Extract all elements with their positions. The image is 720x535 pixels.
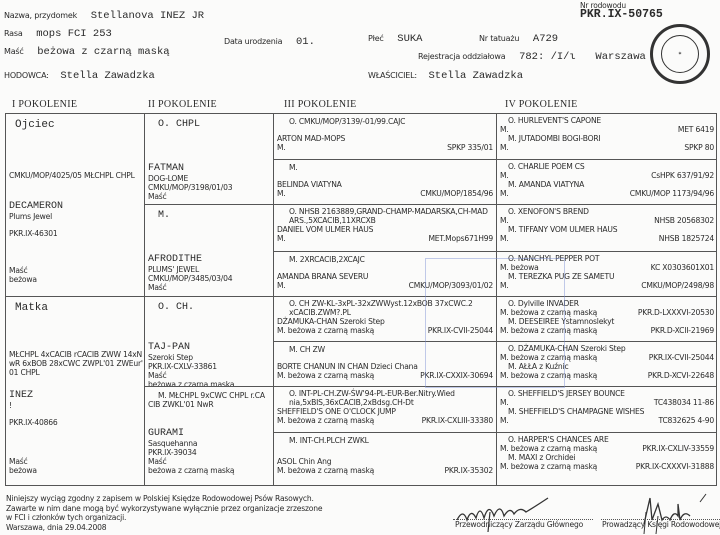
dam-titles: MŁCHPL 4xCACIB rCACIB ZWW 14xN wR 6xBOB … [9,350,143,377]
gen3-titles: O. CMKU/MOP/3139/-01/99.CAJC [277,117,493,126]
gen2-role: M. [158,210,270,221]
gen4-sire-reg: MET 6419 [678,125,714,134]
breed-label: Rasa [4,29,23,38]
registration-city: Warszawa [595,51,645,63]
gen2-color: beżowa z czarną maską [148,466,270,475]
registration-field: Rejestracja oddziałowa 782: /I/ι Warszaw… [418,44,646,63]
footer-statement: Niniejszy wyciąg zgodny z zapisem w Pols… [6,494,322,532]
gen2-kennel: Szeroki Step [148,353,270,362]
sire-cell: Ojciec CMKU/MOP/4025/05 MŁCHPL CHPL DECA… [6,114,144,296]
gen3-color: M. [277,189,286,198]
registration-value: 782: /I/ι [519,51,576,63]
owner-value: Stella Zawadzka [429,70,524,82]
gen2-color-label: Maść [148,192,270,201]
gen2-reg: PKR.IX-39034 [148,448,270,457]
gen4-sire-reg: NHSB 20568302 [654,216,714,225]
gen4-dam-color: M. [500,234,509,243]
gen4-dam-reg: CMKU/MOP/2498/98 [641,281,714,290]
gen4-sire-name: O. CHARLIE POEM CS [500,162,714,171]
gen2-role: M. MŁCHPL 9xCWC CHPL r.CA CIB ZWKL'01 Nw… [148,391,272,409]
gen3-cell: O. CMKU/MOP/3139/-01/99.CAJC ARTON MAD-M… [274,114,496,159]
gen2-reg: PKR.IX-CXLV-33861 [148,362,270,371]
generation-2-header: II POKOLENIE [148,99,217,110]
gen2-sire-dam-cell: M. AFRODITHE PLUMS' JEWEL CMKU/MOP/3485/… [145,205,273,296]
generation-1-header: I POKOLENIE [12,99,77,110]
name-label: Nazwa, przydomek [4,11,77,20]
sire-titles: CMKU/MOP/4025/05 MŁCHPL CHPL [9,171,141,180]
gen4-sire-reg: KC X0303601X01 [651,263,714,272]
tattoo-field: Nr tatuażu A729 [479,26,558,45]
gen2-kennel: DOG-LOME [148,174,270,183]
color-label: Maść [4,47,24,56]
gen3-name: SHEFFIELD'S ONE O'CLOCK JUMP [277,407,493,416]
gen4-cell: O. SHEFFIELD'S JERSEY BOUNCE M.TC438034 … [497,387,717,432]
pedigree-table: Ojciec CMKU/MOP/4025/05 MŁCHPL CHPL DECA… [5,113,717,486]
sex-label: Płeć [368,34,384,43]
gen4-sire-color: M. [500,398,509,407]
gen2-sire-sire-cell: O. CHPL FATMAN DOG-LOME CMKU/MOP/3198/01… [145,114,273,204]
gen2-color: beżowa z czarną maską [148,380,270,386]
gen4-sire-color: M. [500,171,509,180]
gen4-sire-name: O. HARPER'S CHANCES ARE [500,435,714,444]
gen3-cell: O. NHSB 2163889,GRAND-CHAMP-MADARSKA,CH-… [274,205,496,251]
gen4-dam-name: M. TIFFANY VOM ULMER HAUS [500,225,714,234]
gen4-sire-reg: PKR.IX-CXLIV-33559 [642,444,714,453]
gen4-dam-reg: PKR.IX-CXXXVI-31888 [636,462,714,471]
birth-date-label: Data urodzenia [224,37,282,46]
gen4-dam-reg: NHSB 1825724 [659,234,714,243]
gen4-dam-color: M. [500,143,509,152]
registration-label: Rejestracja oddziałowa [418,52,505,61]
gen2-color-label: Maść [148,371,270,380]
stamp-inner-icon: ✶ [661,35,699,73]
official-stamp-icon: ✶ [650,24,710,84]
gen4-dam-reg: PKR.D-XCII-21969 [651,326,714,335]
gen4-sire-name: O. XENOFON'S BREND [500,207,714,216]
name-field: Nazwa, przydomek Stellanova INEZ JR [4,3,204,22]
gen4-dam-color: M. [500,416,509,425]
gen2-name: TAJ-PAN [148,343,270,353]
sex-field: Płeć SUKA [368,26,422,45]
footer-line: Zawarte w nim dane mogą być wykorzystywa… [6,504,322,514]
breeder-label: HODOWCA: [4,71,49,80]
dam-role: Matka [15,302,141,314]
color-field: Maść beżowa z czarną maską [4,39,170,58]
gen3-reg: CMKU/MOP/1854/96 [420,189,493,198]
blue-registration-stamp-icon [425,258,565,388]
dam-reg: PKR.IX-40866 [9,418,141,427]
gen3-color: M. beżowa z czarną maską [277,416,374,425]
color-value: beżowa z czarną maską [37,46,169,58]
gen3-color: M. [277,234,286,243]
gen2-color-label: Maść [148,283,270,292]
gen3-reg: PKR.IX-35302 [444,466,493,475]
gen4-sire-color: M. [500,216,509,225]
gen3-name: BELINDA VIATYNA [277,180,493,189]
dam-cell: Matka MŁCHPL 4xCACIB rCACIB ZWW 14xN wR … [6,297,144,486]
gen4-dam-name: M. AMANDA VIATYNA [500,180,714,189]
gen3-reg: SPKP 335/01 [447,143,493,152]
gen3-cell: O. INT-PL-CH.ZW-ŚW'94-PL-EUR-Ber.Nitry.W… [274,387,496,432]
sire-color: beżowa [9,275,141,284]
gen2-name: AFRODITHE [148,255,270,265]
gen3-cell: M. BELINDA VIATYNA M.CMKU/MOP/1854/96 [274,160,496,204]
sire-kennel: Plums Jewel [9,212,141,221]
owner-label: WŁAŚCICIEL: [368,71,417,80]
gen2-kennel: Sasquehanna [148,439,270,448]
gen3-color: M. beżowa z czarną maską [277,326,374,335]
birth-date-value: 01. [296,36,315,48]
sire-color-label: Maść [9,266,141,275]
gen4-cell: O. HARPER'S CHANCES ARE M. beżowa z czar… [497,433,717,486]
sire-role: Ojciec [15,119,141,131]
gen2-dam-dam-cell: M. MŁCHPL 9xCWC CHPL r.CA CIB ZWKL'01 Nw… [145,387,273,486]
gen2-color-label: Maść [148,457,270,466]
gen4-dam-reg: SPKP 80 [684,143,714,152]
gen2-reg: CMKU/MOP/3198/01/03 [148,183,270,192]
gen3-reg: PKR.IX-CXLIII-33380 [422,416,493,425]
gen3-cell: M. INT-CH.PLCH ZWKL ASOL Chin Ang M. beż… [274,433,496,486]
gen4-sire-name: O. HURLEVENT'S CAPONE [500,116,714,125]
gen4-sire-color: M. [500,125,509,134]
chairman-signature-label: Przewodniczący Zarządu Głównego [455,520,583,529]
gen4-dam-reg: CMKU/MOP 1173/94/96 [630,189,714,198]
gen4-dam-name: M. JUTADOMBI BOGI-BORI [500,134,714,143]
registrar-signature-label: Prowadzący Księgi Rodowodowej [602,520,720,529]
gen3-titles: O. NHSB 2163889,GRAND-CHAMP-MADARSKA,CH-… [277,207,493,225]
gen4-dam-reg: TC832625 4-90 [658,416,714,425]
gen4-dam-name: M. MAXI z Orchidei [500,453,714,462]
gen3-color: M. [277,143,286,152]
gen4-sire-reg: PKR.IX-CVII-25044 [649,353,714,362]
birth-date-field: Data urodzenia 01. [224,29,315,48]
dam-color: beżowa [9,466,141,475]
owner-field: WŁAŚCICIEL: Stella Zawadzka [368,63,523,82]
pedigree-number-value: PKR.IX-50765 [580,8,663,21]
pedigree-number-field: Nr rodowodu PKR.IX-50765 [580,1,663,21]
gen3-reg: MET.Mops671H99 [428,234,493,243]
generation-4-header: IV POKOLENIE [505,99,578,110]
gen4-dam-color: M. [500,189,509,198]
gen2-name: FATMAN [148,164,270,174]
gen3-titles: M. INT-CH.PLCH ZWKL [277,436,493,445]
generation-3-header: III POKOLENIE [284,99,357,110]
gen4-cell: O. CHARLIE POEM CS M.CsHPK 637/91/92 M. … [497,160,717,204]
sire-name: DECAMERON [9,202,141,212]
gen4-sire-reg: TC438034 11-86 [654,398,714,407]
gen4-cell: O. HURLEVENT'S CAPONE M.MET 6419 M. JUTA… [497,114,717,159]
breed-field: Rasa mops FCI 253 [4,21,112,40]
gen4-sire-name: O. SHEFFIELD'S JERSEY BOUNCE [500,389,714,398]
gen2-role: O. CH. [158,302,270,313]
footer-line: Warszawa, dnia 29.04.2008 [6,523,322,533]
dam-name: INEZ [9,391,141,401]
gen2-role: O. CHPL [158,119,270,130]
gen3-color: M. beżowa z czarną maską [277,466,374,475]
gen3-color: M. [277,281,286,290]
gen4-cell: O. XENOFON'S BREND M.NHSB 20568302 M. TI… [497,205,717,251]
gen4-dam-color: M. beżowa z czarną maską [500,462,597,471]
gen3-titles: M. [277,163,493,172]
gen3-name: DANIEL VOM ULMER HAUS [277,225,493,234]
gen2-kennel: PLUMS' JEWEL [148,265,270,274]
gen2-name: GURAMI [148,429,270,439]
gen4-sire-color: M. beżowa z czarną maską [500,444,597,453]
gen4-sire-reg: CsHPK 637/91/92 [651,171,714,180]
footer-line: w FCI i członków tych organizacji. [6,513,322,523]
breeder-field: HODOWCA: Stella Zawadzka [4,63,155,82]
gen3-titles: O. INT-PL-CH.ZW-ŚW'94-PL-EUR-Ber.Nitry.W… [277,389,493,407]
gen3-name: ASOL Chin Ang [277,457,493,466]
breeder-value: Stella Zawadzka [60,70,155,82]
gen4-dam-reg: PKR.D-XCVI-22648 [648,371,714,380]
dam-kennel: ! [9,401,141,410]
gen2-dam-sire-cell: O. CH. TAJ-PAN Szeroki Step PKR.IX-CXLV-… [145,297,273,386]
tattoo-label: Nr tatuażu [479,34,519,43]
gen3-color: M. beżowa z czarną maską [277,371,374,380]
sire-reg: PKR.IX-46301 [9,229,141,238]
footer-line: Niniejszy wyciąg zgodny z zapisem w Pols… [6,494,322,504]
dam-color-label: Maść [9,457,141,466]
gen2-reg: CMKU/MOP/3485/03/04 [148,274,270,283]
gen4-sire-reg: PKR.D-LXXXVI-20530 [638,308,714,317]
gen4-dam-name: M. SHEFFIELD'S CHAMPAGNE WISHES [500,407,714,416]
gen3-name: ARTON MAD-MOPS [277,134,493,143]
